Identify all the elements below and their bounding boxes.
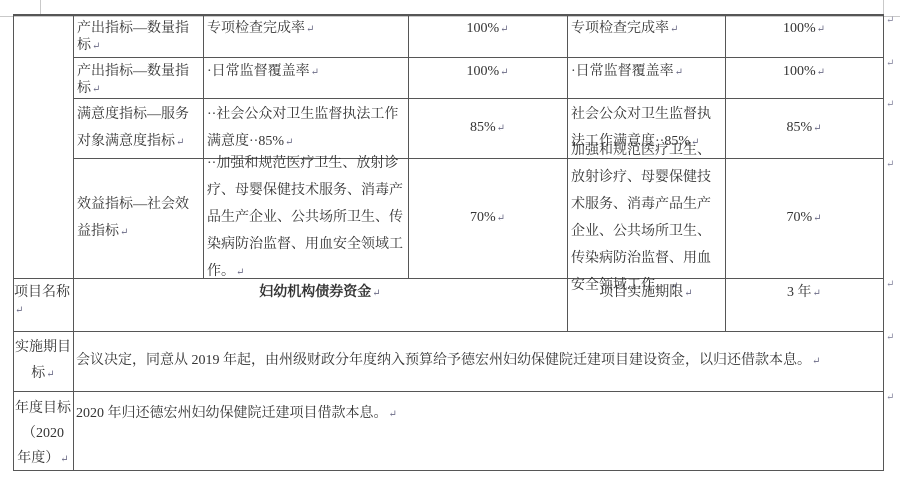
project-name-label-cell: 项目名称↵	[14, 279, 72, 335]
indicator-name2: ·日常监督覆盖率	[571, 64, 674, 79]
indicator-value2-cell: 85%↵	[726, 99, 882, 157]
row-end-mark: ↵	[886, 59, 894, 69]
indicator-type-cell: 产出指标—数量指标↵	[74, 15, 203, 62]
eol-mark: ↵	[372, 288, 380, 299]
annual-goal-content: 2020 年归还德宏州妇幼保健院迁建项目借款本息。	[76, 406, 388, 421]
project-period-value: 3 年	[787, 285, 812, 300]
indicator-name-cell: ··加强和规范医疗卫生、放射诊疗、母婴保健技术服务、消毒产品生产企业、公共场所卫…	[204, 159, 407, 277]
row-end-mark: ↵	[886, 333, 894, 343]
impl-goal-content-cell: 会议决定，同意从 2019 年起，由州级财政分年度纳入预算给予德宏州妇幼保健院迁…	[74, 332, 882, 390]
indicator-value2: 100%	[783, 64, 816, 79]
eol-mark: ↵	[813, 288, 821, 299]
indicator-name-cell: ··社会公众对卫生监督执法工作满意度··85%↵	[204, 99, 407, 157]
indicator-name2-cell: 加强和规范医疗卫生、放射诊疗、母婴保健技术服务、消毒产品生产企业、公共场所卫生、…	[568, 159, 724, 277]
impl-goal-label-cell: 实施期目标↵	[14, 332, 72, 390]
eol-mark: ↵	[670, 24, 678, 35]
indicator-value-cell: 70%↵	[409, 159, 566, 277]
eol-mark: ↵	[684, 288, 692, 299]
row-end-mark: ↵	[886, 393, 894, 403]
indicator-name2-cell: 专项检查完成率↵	[568, 15, 724, 62]
row-end-mark: ↵	[886, 160, 894, 170]
row-end-mark: ↵	[886, 280, 894, 290]
impl-goal-label: 实施期目标	[15, 340, 71, 381]
eol-mark: ↵	[812, 356, 820, 367]
project-period-value-cell: 3 年↵	[726, 279, 882, 335]
indicator-value2: 85%	[786, 120, 812, 135]
indicator-type-cell: 效益指标—社会效益指标↵	[74, 159, 203, 277]
indicator-value2-cell: 100%↵	[726, 15, 882, 62]
indicator-value2: 70%	[786, 210, 812, 225]
eol-mark: ↵	[60, 454, 68, 465]
eol-mark: ↵	[92, 41, 100, 52]
eol-mark: ↵	[817, 67, 825, 78]
eol-mark: ↵	[817, 24, 825, 35]
indicator-value-cell: 100%↵	[409, 58, 566, 103]
indicator-value-cell: 85%↵	[409, 99, 566, 157]
indicator-type-cell: 产出指标—数量指标↵	[74, 58, 203, 103]
indicator-name2: 加强和规范医疗卫生、放射诊疗、母婴保健技术服务、消毒产品生产企业、公共场所卫生、…	[571, 143, 711, 293]
project-period-label-cell: 项目实施期限↵	[568, 279, 724, 335]
indicator-name: ··加强和规范医疗卫生、放射诊疗、母婴保健技术服务、消毒产品生产企业、公共场所卫…	[207, 156, 403, 279]
indicator-name: 专项检查完成率	[207, 21, 305, 36]
indicator-value-cell: 100%↵	[409, 15, 566, 62]
project-name-value-cell: 妇幼机构债券资金↵	[74, 279, 566, 335]
project-period-label: 项目实施期限	[599, 285, 683, 300]
project-name-label: 项目名称	[14, 285, 70, 300]
indicator-type: 效益指标—社会效益指标	[77, 197, 189, 239]
indicator-value: 100%	[466, 64, 499, 79]
indicator-name-cell: ·日常监督覆盖率↵	[204, 58, 407, 103]
eol-mark: ↵	[120, 227, 128, 238]
eol-mark: ↵	[92, 84, 100, 95]
indicator-value: 70%	[470, 210, 496, 225]
indicator-type-cell: 满意度指标—服务对象满意度指标↵	[74, 99, 203, 157]
upper-table-remnant-line	[40, 0, 41, 14]
annual-goal-content-cell: 2020 年归还德宏州妇幼保健院迁建项目借款本息。↵	[74, 392, 882, 482]
indicator-value2: 100%	[783, 21, 816, 36]
annual-goal-label-cell: 年度目标（2020 年度）↵	[14, 392, 72, 473]
table-border-right	[883, 14, 884, 471]
eol-mark: ↵	[497, 123, 505, 134]
project-name-value: 妇幼机构债券资金	[259, 285, 371, 300]
impl-goal-content: 会议决定，同意从 2019 年起，由州级财政分年度纳入预算给予德宏州妇幼保健院迁…	[76, 353, 811, 368]
eol-mark: ↵	[306, 24, 314, 35]
row-end-mark: ↵	[886, 16, 894, 26]
indicator-name-cell: 专项检查完成率↵	[204, 15, 407, 62]
row-end-mark: ↵	[886, 100, 894, 110]
eol-mark: ↵	[675, 67, 683, 78]
indicator-value2-cell: 70%↵	[726, 159, 882, 277]
indicator-name2-cell: ·日常监督覆盖率↵	[568, 58, 724, 103]
eol-mark: ↵	[176, 137, 184, 148]
eol-mark: ↵	[813, 213, 821, 224]
eol-mark: ↵	[15, 305, 23, 316]
eol-mark: ↵	[285, 137, 293, 148]
eol-mark: ↵	[236, 267, 244, 278]
eol-mark: ↵	[497, 213, 505, 224]
indicator-value: 85%	[470, 120, 496, 135]
indicator-value2-cell: 100%↵	[726, 58, 882, 103]
eol-mark: ↵	[389, 409, 397, 420]
indicator-name: ·日常监督覆盖率	[207, 64, 310, 79]
indicator-name: ··社会公众对卫生监督执法工作满意度··85%	[207, 107, 398, 149]
eol-mark: ↵	[46, 369, 54, 380]
indicator-value: 100%	[466, 21, 499, 36]
upper-table-remnant-line	[883, 0, 884, 14]
indicator-name2: 专项检查完成率	[571, 21, 669, 36]
document-page: 产出指标—数量指标↵ 专项检查完成率↵ 100%↵ 专项检查完成率↵ 100%↵…	[0, 0, 900, 495]
eol-mark: ↵	[311, 67, 319, 78]
eol-mark: ↵	[500, 24, 508, 35]
eol-mark: ↵	[813, 123, 821, 134]
indicator-type: 满意度指标—服务对象满意度指标	[77, 107, 189, 149]
eol-mark: ↵	[500, 67, 508, 78]
